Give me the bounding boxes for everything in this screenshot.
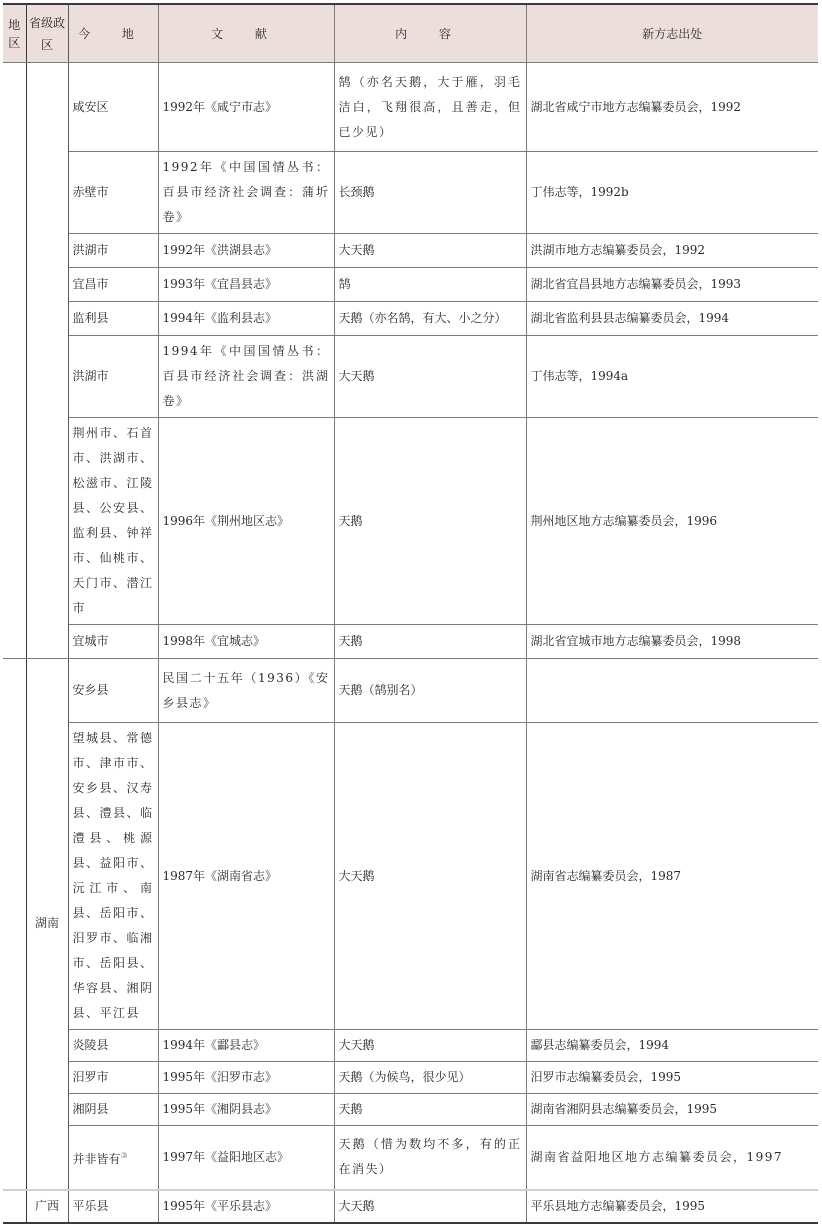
place-cell: 咸安区	[68, 63, 158, 152]
document-cell: 1995年《汨罗市志》	[158, 1062, 334, 1094]
table-row: 湖南 安乡县 民国二十五年（1936）《安乡县志》 天鹅（鹄别名）	[3, 659, 818, 723]
place-cell: 并非皆有③	[68, 1126, 158, 1148]
content-cell: 天鹅	[334, 1094, 526, 1126]
area-cell	[3, 659, 26, 1148]
source-cell	[526, 659, 818, 723]
source-cell: 湖北省宜城市地方志编纂委员会，1998	[526, 625, 818, 659]
place-cell: 宜昌市	[68, 268, 158, 302]
place-cell: 荆州市、石首市、洪湖市、松滋市、江陵县、公安县、监利县、钟祥市、仙桃市、天门市、…	[68, 418, 158, 625]
place-cell: 汨罗市	[68, 1062, 158, 1094]
document-cell: 1997年《益阳地区志》	[158, 1126, 334, 1148]
document-cell: 1992年《洪湖县志》	[158, 234, 334, 268]
source-cell: 丁伟志等，1992b	[526, 152, 818, 234]
place-cell: 监利县	[68, 302, 158, 336]
header-document: 文 献	[158, 4, 334, 63]
area-cell	[3, 63, 26, 659]
table-row: 洪湖市 1992年《洪湖县志》 大天鹅 洪湖市地方志编纂委员会，1992	[3, 234, 818, 268]
table-row: 赤壁市 1992年《中国国情丛书：百县市经济社会调查：蒲圻卷》 长颈鹅 丁伟志等…	[3, 152, 818, 234]
document-cell: 1994年《中国国情丛书：百县市经济社会调查：洪湖卷》	[158, 336, 334, 418]
document-cell: 1998年《宜城志》	[158, 625, 334, 659]
province-cell: 湖南	[26, 659, 68, 1148]
table-row: 汨罗市 1995年《汨罗市志》 天鹅（为候鸟，很少见） 汨罗市志编纂委员会，19…	[3, 1062, 818, 1094]
table-header-row: 地区 省级政区 今 地 文 献 内 容 新方志出处	[3, 4, 818, 63]
table-row: 炎陵县 1994年《酃县志》 大天鹅 酃县志编纂委员会，1994	[3, 1030, 818, 1062]
table-row: 咸安区 1992年《咸宁市志》 鹄（亦名天鹅，大于雁，羽毛洁白，飞翔很高，且善走…	[3, 63, 818, 152]
table-row: 宜城市 1998年《宜城志》 天鹅 湖北省宜城市地方志编纂委员会，1998	[3, 625, 818, 659]
header-content: 内 容	[334, 4, 526, 63]
content-cell: 大天鹅	[334, 234, 526, 268]
document-cell: 1992年《咸宁市志》	[158, 63, 334, 152]
place-cell: 洪湖市	[68, 234, 158, 268]
content-cell: 大天鹅	[334, 336, 526, 418]
source-cell: 湖北省咸宁市地方志编纂委员会，1992	[526, 63, 818, 152]
document-cell: 1994年《酃县志》	[158, 1030, 334, 1062]
place-cell: 望城县、常德市、津市市、安乡县、汉寿县、澧县、临澧县、桃源县、益阳市、沅江市、南…	[68, 723, 158, 1030]
document-cell: 1992年《中国国情丛书：百县市经济社会调查：蒲圻卷》	[158, 152, 334, 234]
source-cell: 荆州地区地方志编纂委员会，1996	[526, 418, 818, 625]
header-source: 新方志出处	[526, 4, 818, 63]
header-area: 地区	[3, 4, 26, 63]
content-cell: 天鹅（亦名鹄，有大、小之分）	[334, 302, 526, 336]
content-cell: 鹄	[334, 268, 526, 302]
place-cell: 洪湖市	[68, 336, 158, 418]
place-cell: 宜城市	[68, 625, 158, 659]
document-cell: 1993年《宜昌县志》	[158, 268, 334, 302]
header-place-label: 今 地	[78, 27, 148, 41]
source-cell: 湖南省湘阴县志编纂委员会，1995	[526, 1094, 818, 1126]
source-cell: 酃县志编纂委员会，1994	[526, 1030, 818, 1062]
document-cell: 1995年《湘阴县志》	[158, 1094, 334, 1126]
province-cell	[26, 63, 68, 659]
document-cell: 1996年《荆州地区志》	[158, 418, 334, 625]
content-cell: 天鹅	[334, 625, 526, 659]
content-cell: 天鹅（惜为数均不多，有的正在消失）	[334, 1126, 526, 1148]
place-cell: 赤壁市	[68, 152, 158, 234]
table-row: 洪湖市 1994年《中国国情丛书：百县市经济社会调查：洪湖卷》 大天鹅 丁伟志等…	[3, 336, 818, 418]
content-cell: 天鹅（鹄别名）	[334, 659, 526, 723]
source-cell: 湖北省监利县县志编纂委员会，1994	[526, 302, 818, 336]
content-cell: 大天鹅	[334, 1030, 526, 1062]
place-cell: 炎陵县	[68, 1030, 158, 1062]
header-content-label: 内 容	[395, 27, 465, 41]
source-cell: 洪湖市地方志编纂委员会，1992	[526, 234, 818, 268]
header-place: 今 地	[68, 4, 158, 63]
document-cell: 民国二十五年（1936）《安乡县志》	[158, 659, 334, 723]
table-row: 宜昌市 1993年《宜昌县志》 鹄 湖北省宜昌县地方志编纂委员会，1993	[3, 268, 818, 302]
document-cell: 1987年《湖南省志》	[158, 723, 334, 1030]
gazetteer-swan-records-table: 地区 省级政区 今 地 文 献 内 容 新方志出处 咸安区 1992年《咸宁市志…	[3, 3, 818, 1147]
source-cell: 湖南省志编纂委员会，1987	[526, 723, 818, 1030]
document-cell: 1994年《监利县志》	[158, 302, 334, 336]
content-cell: 长颈鹅	[334, 152, 526, 234]
table-row: 湘阴县 1995年《湘阴县志》 天鹅 湖南省湘阴县志编纂委员会，1995	[3, 1094, 818, 1126]
place-cell: 安乡县	[68, 659, 158, 723]
table-row: 荆州市、石首市、洪湖市、松滋市、江陵县、公安县、监利县、钟祥市、仙桃市、天门市、…	[3, 418, 818, 625]
table-row: 并非皆有③ 1997年《益阳地区志》 天鹅（惜为数均不多，有的正在消失） 湖南省…	[3, 1126, 818, 1148]
source-cell: 湖南省益阳地区地方志编纂委员会，1997	[526, 1126, 818, 1148]
source-cell: 丁伟志等，1994a	[526, 336, 818, 418]
table-row: 监利县 1994年《监利县志》 天鹅（亦名鹄，有大、小之分） 湖北省监利县县志编…	[3, 302, 818, 336]
table-row: 望城县、常德市、津市市、安乡县、汉寿县、澧县、临澧县、桃源县、益阳市、沅江市、南…	[3, 723, 818, 1030]
place-cell: 湘阴县	[68, 1094, 158, 1126]
content-cell: 鹄（亦名天鹅，大于雁，羽毛洁白，飞翔很高，且善走，但已少见）	[334, 63, 526, 152]
content-cell: 天鹅（为候鸟，很少见）	[334, 1062, 526, 1094]
content-cell: 大天鹅	[334, 723, 526, 1030]
header-province: 省级政区	[26, 4, 68, 63]
source-cell: 汨罗市志编纂委员会，1995	[526, 1062, 818, 1094]
header-document-label: 文 献	[211, 27, 281, 41]
source-cell: 湖北省宜昌县地方志编纂委员会，1993	[526, 268, 818, 302]
content-cell: 天鹅	[334, 418, 526, 625]
